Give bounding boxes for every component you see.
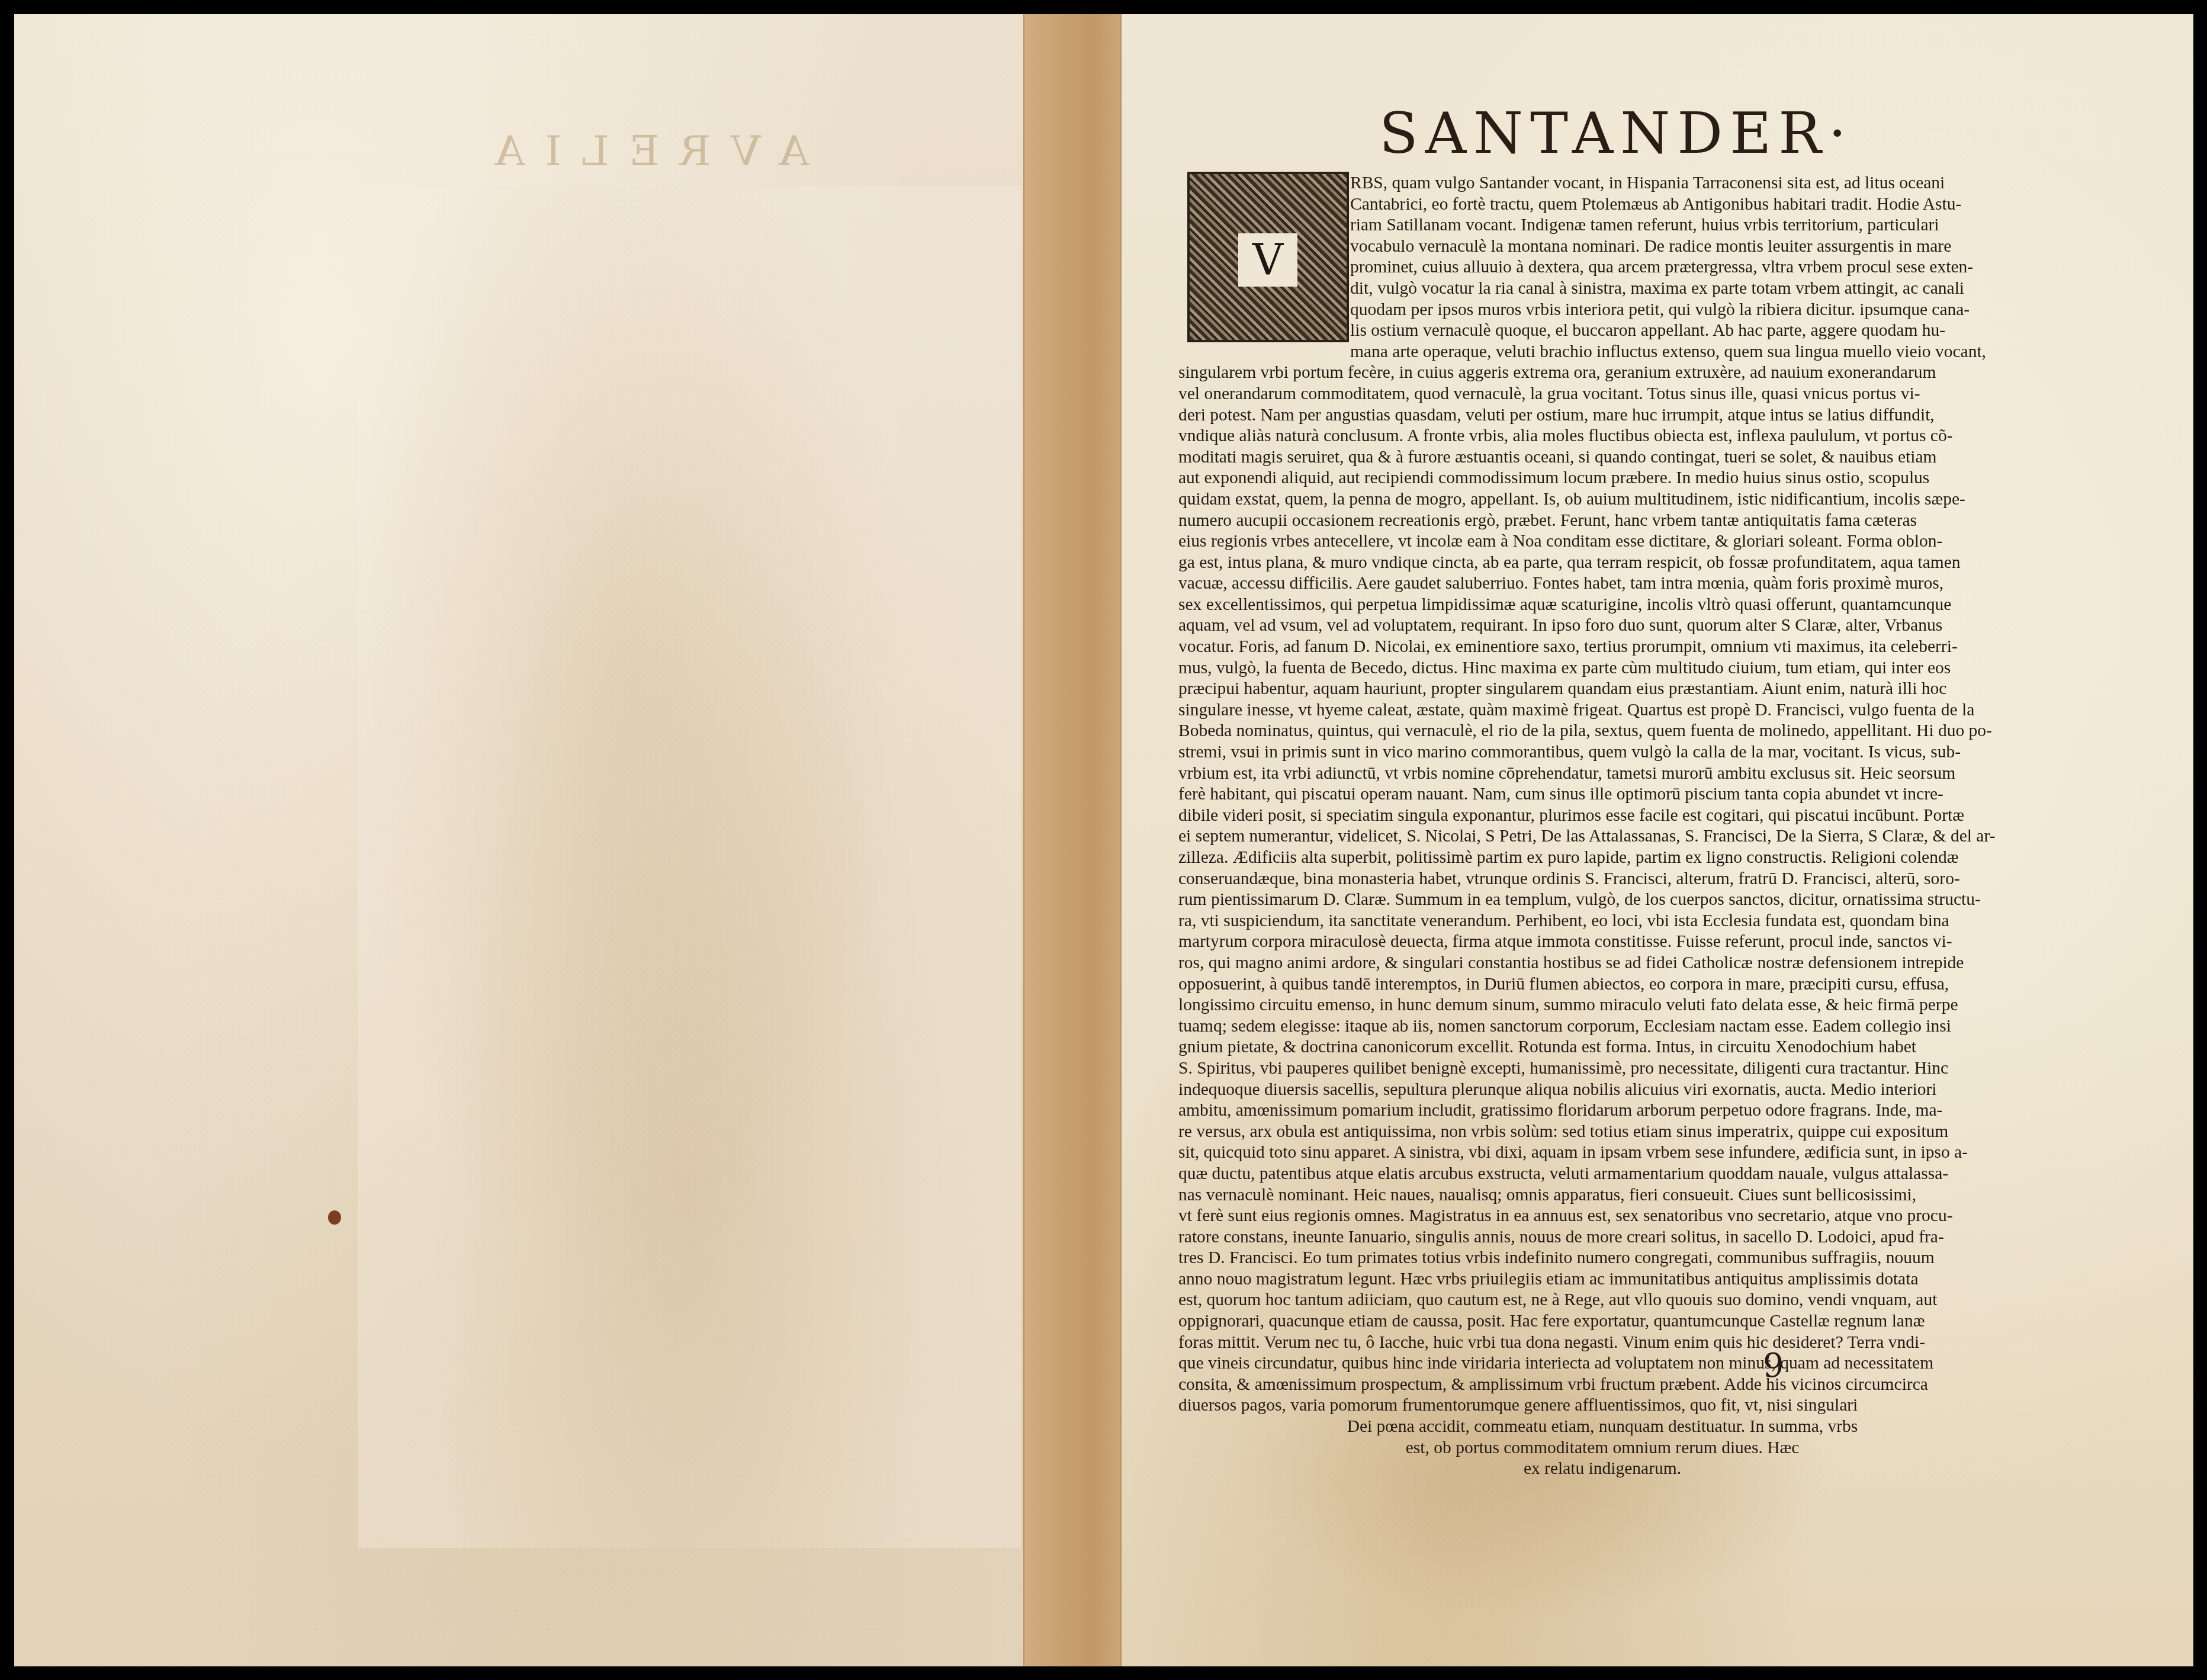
text-line: re versus, arx obula est antiquissima, n… [1178,1122,2026,1143]
text-line: vel onerandarum commoditatem, quod verna… [1178,384,2026,405]
text-line: ferè habitant, qui piscatui operam nauan… [1178,784,2026,805]
text-line: anno nouo magistratum legunt. Hæc vrbs p… [1178,1269,2026,1290]
text-line: longissimo circuitu emenso, in hunc demu… [1178,995,2026,1016]
text-line: tuamq; sedem elegisse: itaque ab iis, no… [1178,1016,2026,1037]
text-line: oppignorari, quacunque etiam de caussa, … [1178,1311,2026,1332]
text-line: ei septem numerantur, videlicet, S. Nico… [1178,826,2026,847]
latin-body-text: RBS, quam vulgo Santander vocant, in His… [1178,173,2026,1480]
text-line: ros, qui magno animi ardore, & singulari… [1178,953,2026,974]
right-recto-page: SANTANDER· V RBS, quam vulgo Santander v… [1122,14,2193,1666]
text-line: ambitu, amœnissimum pomarium includit, g… [1178,1100,2026,1122]
text-line: ra, vti suspiciendum, ita sanctitate ven… [1178,911,2026,932]
text-line: præcipui habentur, aquam hauriunt, propt… [1178,679,2026,700]
text-line: est, quorum hoc tantum adiiciam, quo cau… [1178,1290,2026,1311]
text-line: numero aucupii occasionem recreationis e… [1178,510,2026,532]
text-line: nas vernaculè nominant. Heic naues, naua… [1178,1185,2026,1206]
text-line: vndique aliàs naturà conclusum. A fronte… [1178,426,2026,447]
text-line: ex relatu indigenarum. [1178,1459,2026,1480]
text-line: opposuerint, à quibus tandē interemptos,… [1178,974,2026,995]
text-line: consita, & amœnissimum prospectum, & amp… [1178,1374,2026,1396]
gutter-mounting-strip [1023,14,1122,1666]
left-verso-page: AVRELIA [14,14,1024,1666]
text-line: indequoque diuersis sacellis, sepultura … [1178,1080,2026,1101]
text-line: tres D. Francisci. Eo tum primates totiu… [1178,1248,2026,1269]
text-line: zilleza. Ædificiis alta superbit, politi… [1178,847,2026,869]
text-line: rum pientissimarum D. Claræ. Summum in e… [1178,889,2026,911]
text-line: moditati magis seruiret, qua & à furore … [1178,447,2026,468]
text-line: que vineis circundatur, quibus hinc inde… [1178,1353,2026,1374]
text-line: diuersos pagos, varia pomorum frumentoru… [1178,1395,2026,1416]
bleed-through-title: AVRELIA [464,127,820,175]
page-title: SANTANDER· [1379,100,1853,166]
text-line: Cantabrici, eo fortè tractu, quem Ptolem… [1178,194,2026,216]
text-line: Bobeda nominatus, quintus, qui vernaculè… [1178,721,2026,742]
text-line: mana arte operaque, veluti brachio influ… [1178,342,2026,363]
text-line: vrbium est, ita vrbi adiunctū, vt vrbis … [1178,763,2026,785]
text-line: aut exponendi aliquid, aut recipiendi co… [1178,468,2026,489]
text-line: vocatur. Foris, ad fanum D. Nicolai, ex … [1178,637,2026,658]
text-line: aquam, vel ad vsum, vel ad voluptatem, r… [1178,615,2026,637]
text-line: lis ostium vernaculè quoque, el buccaron… [1178,320,2026,342]
text-line: dibile videri posit, si speciatim singul… [1178,805,2026,827]
bleed-through-area [358,186,1021,1548]
text-line: sex excellentissimos, qui perpetua limpi… [1178,595,2026,616]
text-line: singularem vrbi portum fecère, in cuius … [1178,362,2026,384]
text-line: gnium pietate, & doctrina canonicorum ex… [1178,1037,2026,1058]
text-line: S. Spiritus, vbi pauperes quilibet benig… [1178,1058,2026,1080]
text-line: sit, quicquid toto sinu apparet. A sinis… [1178,1142,2026,1164]
page-number: 9 [1763,1347,1784,1385]
text-line: Dei pœna accidit, commeatu etiam, nunqua… [1178,1416,2026,1438]
text-line: RBS, quam vulgo Santander vocant, in His… [1178,173,2026,194]
text-line: quodam per ipsos muros vrbis interiora p… [1178,300,2026,321]
text-line: mus, vulgò, la fuenta de Becedo, dictus.… [1178,658,2026,679]
text-line: dit, vulgò vocatur la ria canal à sinist… [1178,278,2026,300]
text-line: singulare inesse, vt hyeme caleat, æstat… [1178,700,2026,721]
text-line: ga est, intus plana, & muro vndique cinc… [1178,552,2026,574]
book-spread-photo: AVRELIA SANTANDER· V RBS, quam vulgo San… [14,14,2193,1666]
text-line: stremi, vsui in primis sunt in vico mari… [1178,742,2026,763]
text-line: quidam exstat, quem, la penna de mogro, … [1178,489,2026,510]
text-line: quæ ductu, patentibus atque elatis arcub… [1178,1164,2026,1185]
text-line: prominet, cuius alluuio à dextera, qua a… [1178,257,2026,278]
text-line: foras mittit. Verum nec tu, ô Iacche, hu… [1178,1332,2026,1354]
text-line: deri potest. Nam per angustias quasdam, … [1178,405,2026,426]
text-line: martyrum corpora miraculosè deuecta, fir… [1178,931,2026,953]
text-line: vt ferè sunt eius regionis omnes. Magist… [1178,1206,2026,1227]
text-line: riam Satillanam vocant. Indigenæ tamen r… [1178,215,2026,236]
text-line: ratore constans, ineunte Ianuario, singu… [1178,1227,2026,1248]
text-line: vocabulo vernaculè la montana nominari. … [1178,236,2026,258]
text-line: conseruandæque, bina monasteria habet, v… [1178,869,2026,890]
text-line: est, ob portus commoditatem omnium rerum… [1178,1438,2026,1459]
text-line: eius regionis vrbes antecellere, vt inco… [1178,531,2026,552]
foxing-spot [328,1210,341,1225]
text-line: vacuæ, accessu difficilis. Aere gaudet s… [1178,573,2026,595]
